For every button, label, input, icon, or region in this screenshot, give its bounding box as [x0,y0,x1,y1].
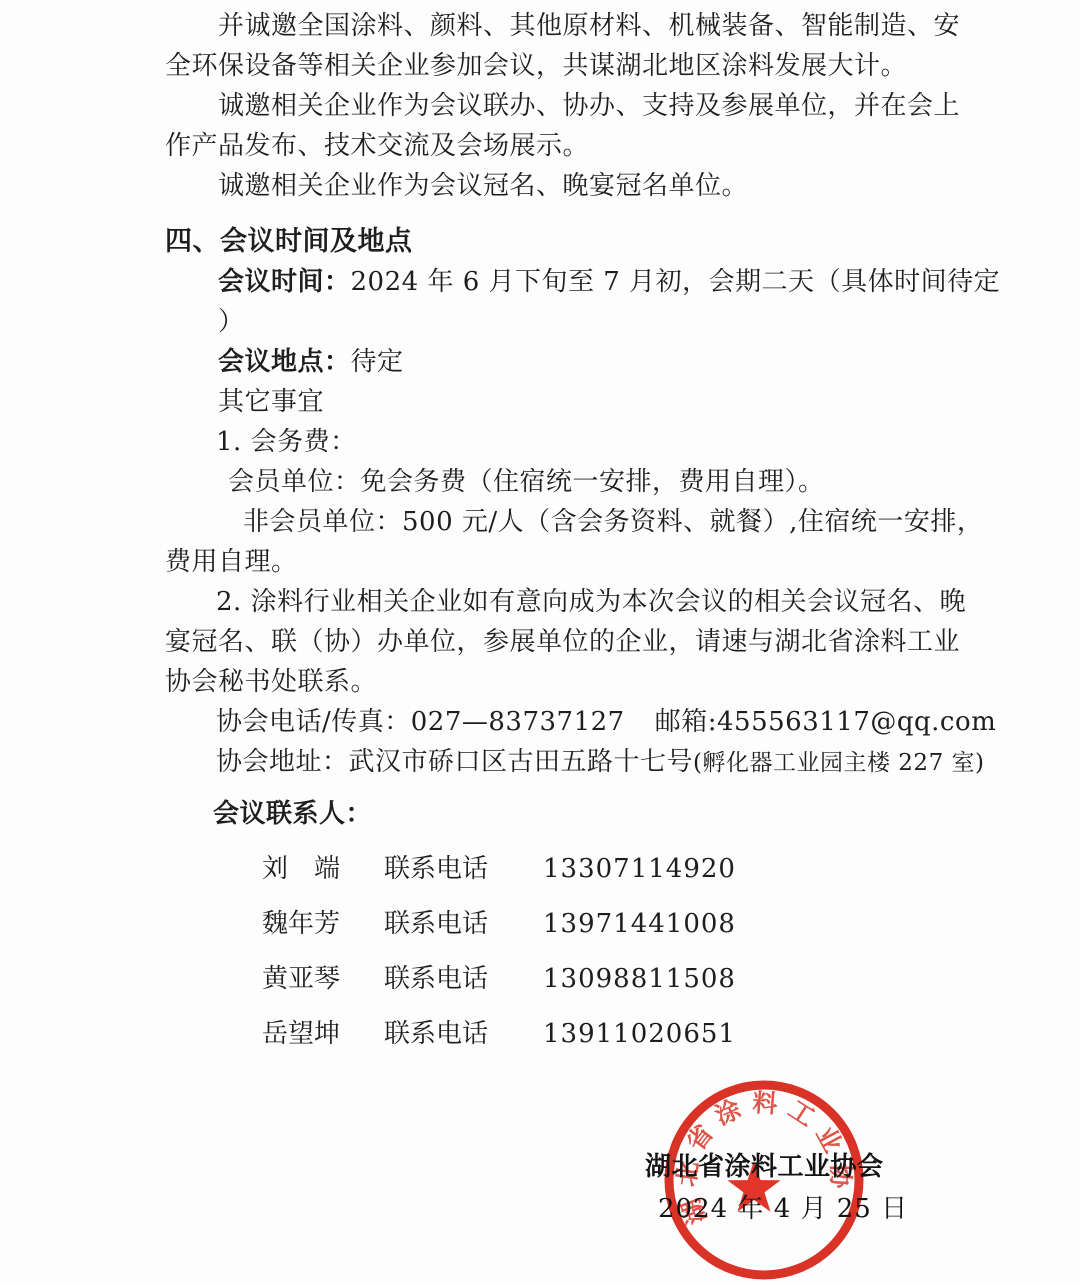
item2-line-3: 协会秘书处联系。 [165,662,965,702]
assoc-address-main: 协会地址：武汉市硚口区古田五路十七号 [216,747,693,777]
other-matters-title: 其它事宜 [165,382,965,422]
meeting-place-label: 会议地点： [218,347,351,377]
contact-name: 岳望坤 [262,1020,384,1075]
signature-date: 2024 年 4 月 25 日 [658,1188,908,1225]
fee-item-title: 1. 会务费： [165,422,965,462]
contact-phone-label: 联系电话 [384,910,543,965]
contact-phone-number: 13307114920 [543,855,736,910]
meeting-time-wrap: ） [165,302,965,342]
item2-line-2: 宴冠名、联（协）办单位，参展单位的企业，请速与湖北省涂料工业 [165,622,965,662]
item2-line-1: 2. 涂料行业相关企业如有意向成为本次会议的相关会议冠名、晚 [165,582,965,622]
fee-member-line: 会员单位：免会务费（住宿统一安排，费用自理）。 [165,462,965,502]
meeting-place-line: 会议地点：待定 [165,342,965,382]
intro-line-2: 全环保设备等相关企业参加会议，共谋湖北地区涂料发展大计。 [165,46,965,86]
contact-row: 黄亚琴 联系电话 13098811508 [165,965,965,1020]
contact-row: 魏年芳 联系电话 13971441008 [165,910,965,965]
contact-phone-number: 13098811508 [543,965,736,1020]
contact-name: 刘 端 [262,855,384,910]
contact-phone-label: 联系电话 [384,855,543,910]
contact-phone-label: 联系电话 [384,965,543,1020]
meeting-place-value: 待定 [351,347,404,377]
intro-line-1: 并诚邀全国涂料、颜料、其他原材料、机械装备、智能制造、安 [165,6,965,46]
intro-line-3: 诚邀相关企业作为会议联办、协办、支持及参展单位，并在会上 [165,86,965,126]
section-heading: 四、会议时间及地点 [165,222,965,262]
contact-phone-label: 联系电话 [384,1020,543,1075]
signature-organization: 湖北省涂料工业协会 [645,1146,884,1183]
contacts-title: 会议联系人： [165,794,965,834]
assoc-address-room: (孵化器工业园主楼 227 室) [693,750,984,776]
assoc-address-line: 协会地址：武汉市硚口区古田五路十七号(孵化器工业园主楼 227 室) [165,742,965,782]
contact-phone-number: 13971441008 [543,910,736,965]
contact-name: 魏年芳 [262,910,384,965]
contact-name: 黄亚琴 [262,965,384,1020]
fee-nonmember-line-1: 非会员单位：500 元/人（含会务资料、就餐）,住宿统一安排， [165,502,965,542]
assoc-phone-line: 协会电话/传真：027—83737127邮箱:455563117@qq.com [165,702,965,742]
contact-row: 刘 端 联系电话 13307114920 [165,855,965,910]
meeting-time-label: 会议时间： [218,267,351,297]
document-page: 并诚邀全国涂料、颜料、其他原材料、机械装备、智能制造、安 全环保设备等相关企业参… [0,0,1080,1284]
intro-line-4: 作产品发布、技术交流及会场展示。 [165,126,965,166]
intro-line-5: 诚邀相关企业作为会议冠名、晚宴冠名单位。 [165,166,965,206]
assoc-email: 邮箱:455563117@qq.com [655,707,997,737]
meeting-time-value: 2024 年 6 月下旬至 7 月初，会期二天（具体时间待定 [351,267,1001,297]
fee-nonmember-line-2: 费用自理。 [165,542,965,582]
document-body: 并诚邀全国涂料、颜料、其他原材料、机械装备、智能制造、安 全环保设备等相关企业参… [165,6,965,1075]
assoc-phone-fax: 协会电话/传真：027—83737127 [216,707,625,737]
meeting-time-line: 会议时间：2024 年 6 月下旬至 7 月初，会期二天（具体时间待定 [165,262,965,302]
